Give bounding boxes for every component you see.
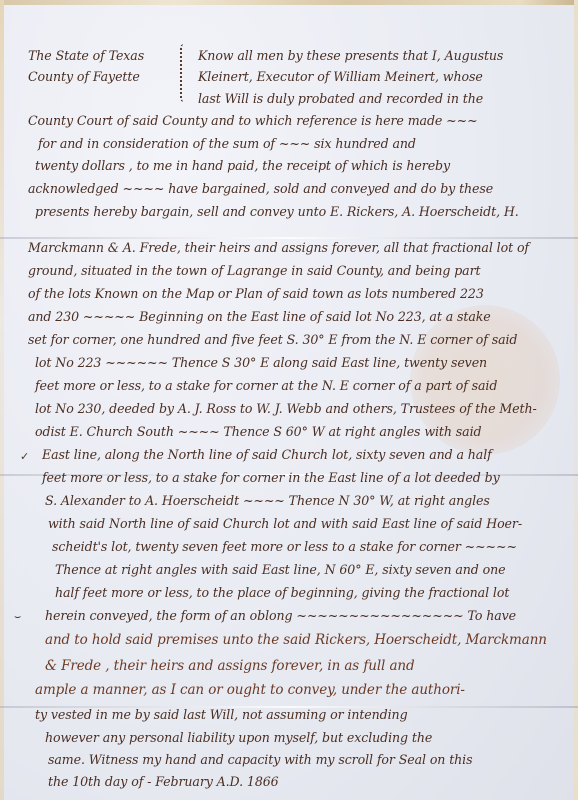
deed-line: feet more or less, to a stake for corner… — [35, 378, 497, 393]
deed-line: lot No 230, deeded by A. J. Ross to W. J… — [35, 401, 537, 416]
deed-line: ground, situated in the town of Lagrange… — [28, 263, 480, 278]
scroll-brace-icon — [180, 44, 190, 102]
deed-line: East line, along the North line of said … — [42, 447, 492, 462]
deed-line: however any personal liability upon myse… — [45, 730, 432, 745]
deed-line: Thence at right angles with said East li… — [55, 562, 506, 577]
margin-check-mark-icon: ⌣ — [14, 610, 21, 624]
deed-line: & Frede , their heirs and assigns foreve… — [45, 658, 415, 674]
deed-line: County Court of said County and to which… — [28, 113, 478, 128]
deed-line: Know all men by these presents that I, A… — [198, 48, 503, 63]
margin-check-mark-icon: ✓ — [20, 450, 29, 463]
deed-line: and 230 ~~~~~ Beginning on the East line… — [28, 309, 491, 324]
deed-date-line: the 10th day of - February A.D. 1866 — [48, 774, 279, 789]
deed-line: Kleinert, Executor of William Meinert, w… — [198, 69, 483, 84]
deed-page: The State of Texas County of Fayette Kno… — [0, 0, 578, 800]
deed-line: feet more or less, to a stake for corner… — [42, 470, 500, 485]
caption-state: The State of Texas — [28, 48, 144, 63]
deed-line: ty vested in me by said last Will, not a… — [35, 707, 408, 722]
paper-fold — [0, 237, 578, 239]
deed-line-habendum: and to hold said premises unto the said … — [45, 632, 547, 648]
deed-line: odist E. Church South ~~~~ Thence S 60° … — [35, 424, 481, 439]
paper-edge-right — [574, 0, 578, 800]
deed-line: half feet more or less, to the place of … — [55, 585, 509, 600]
deed-line: S. Alexander to A. Hoerscheidt ~~~~ Then… — [45, 493, 490, 508]
paper-edge-left — [0, 0, 4, 800]
deed-line: for and in consideration of the sum of ~… — [38, 136, 416, 151]
caption-county: County of Fayette — [28, 69, 140, 84]
deed-line: twenty dollars , to me in hand paid, the… — [35, 158, 450, 173]
deed-line: with said North line of said Church lot … — [48, 516, 522, 531]
deed-line: Marckmann & A. Frede, their heirs and as… — [28, 240, 529, 255]
deed-line: ample a manner, as I can or ought to con… — [35, 682, 465, 698]
deed-line: last Will is duly probated and recorded … — [198, 91, 483, 106]
deed-line: set for corner, one hundred and five fee… — [28, 332, 517, 347]
deed-line: herein conveyed, the form of an oblong ~… — [45, 608, 516, 623]
deed-line: lot No 223 ~~~~~~ Thence S 30° E along s… — [35, 355, 487, 370]
paper-edge-top — [0, 0, 578, 5]
deed-line: same. Witness my hand and capacity with … — [48, 752, 472, 767]
deed-line: acknowledged ~~~~ have bargained, sold a… — [28, 181, 493, 196]
deed-line: of the lots Known on the Map or Plan of … — [28, 286, 484, 301]
deed-line: presents hereby bargain, sell and convey… — [35, 204, 519, 219]
deed-line: scheidt's lot, twenty seven feet more or… — [52, 539, 517, 554]
